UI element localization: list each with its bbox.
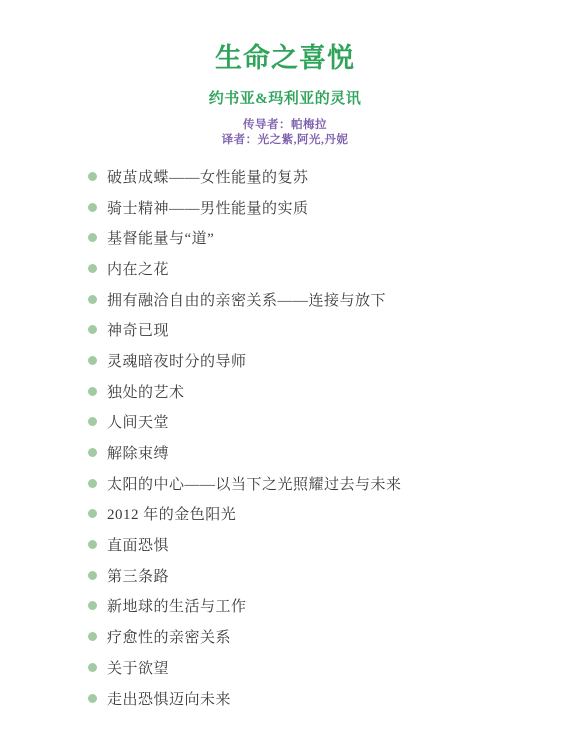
toc-item: 破茧成蝶——女性能量的复苏 — [88, 161, 550, 192]
toc-item: 人间天堂 — [88, 407, 550, 438]
toc-item-label: 直面恐惧 — [107, 534, 169, 555]
toc-item: 独处的艺术 — [88, 376, 550, 407]
toc-item: 基督能量与“道” — [88, 222, 550, 253]
bullet-icon — [88, 509, 97, 518]
bullet-icon — [88, 203, 97, 212]
toc-item-label: 神奇已现 — [107, 319, 169, 340]
toc-item-label: 破茧成蝶——女性能量的复苏 — [107, 166, 309, 187]
toc-item: 拥有融洽自由的亲密关系——连接与放下 — [88, 284, 550, 315]
translator-line: 译者：光之紫,阿光,丹妮 — [0, 133, 570, 148]
bullet-icon — [88, 571, 97, 580]
toc-item: 骑士精神——男性能量的实质 — [88, 192, 550, 223]
bullet-icon — [88, 601, 97, 610]
toc-item-label: 走出恐惧迈向未来 — [107, 688, 231, 709]
bullet-icon — [88, 295, 97, 304]
bullet-icon — [88, 479, 97, 488]
toc-item-label: 第三条路 — [107, 565, 169, 586]
bullet-icon — [88, 663, 97, 672]
toc-item: 太阳的中心——以当下之光照耀过去与未来 — [88, 468, 550, 499]
toc-item-label: 解除束缚 — [107, 442, 169, 463]
bullet-icon — [88, 233, 97, 242]
toc-item-label: 骑士精神——男性能量的实质 — [107, 197, 309, 218]
toc-item: 2012 年的金色阳光 — [88, 499, 550, 530]
toc-item: 直面恐惧 — [88, 529, 550, 560]
toc-item-label: 拥有融洽自由的亲密关系——连接与放下 — [107, 289, 386, 310]
toc-item-label: 2012 年的金色阳光 — [107, 503, 236, 524]
toc-item: 第三条路 — [88, 560, 550, 591]
toc-item-label: 新地球的生活与工作 — [107, 595, 247, 616]
page-subtitle: 约书亚&玛利亚的灵讯 — [0, 92, 570, 107]
bullet-icon — [88, 540, 97, 549]
toc-list: 破茧成蝶——女性能量的复苏骑士精神——男性能量的实质基督能量与“道”内在之花拥有… — [88, 161, 550, 713]
toc-item: 神奇已现 — [88, 314, 550, 345]
bullet-icon — [88, 325, 97, 334]
toc-item: 走出恐惧迈向未来 — [88, 683, 550, 714]
toc-item-label: 灵魂暗夜时分的导师 — [107, 350, 247, 371]
bullet-icon — [88, 417, 97, 426]
page-title: 生命之喜悦 — [0, 0, 570, 72]
document-page: 生命之喜悦 约书亚&玛利亚的灵讯 传导者：帕梅拉 译者：光之紫,阿光,丹妮 破茧… — [0, 0, 570, 749]
toc-item-label: 关于欲望 — [107, 657, 169, 678]
bullet-icon — [88, 264, 97, 273]
channeler-line: 传导者：帕梅拉 — [0, 118, 570, 133]
toc-item: 新地球的生活与工作 — [88, 591, 550, 622]
toc-item: 关于欲望 — [88, 652, 550, 683]
bullet-icon — [88, 632, 97, 641]
toc-item-label: 内在之花 — [107, 258, 169, 279]
toc-item: 解除束缚 — [88, 437, 550, 468]
toc-item-label: 基督能量与“道” — [107, 227, 214, 248]
toc-item-label: 太阳的中心——以当下之光照耀过去与未来 — [107, 473, 402, 494]
bullet-icon — [88, 387, 97, 396]
bullet-icon — [88, 356, 97, 365]
bullet-icon — [88, 172, 97, 181]
credits-block: 传导者：帕梅拉 译者：光之紫,阿光,丹妮 — [0, 118, 570, 148]
toc-item: 疗愈性的亲密关系 — [88, 621, 550, 652]
toc-item-label: 疗愈性的亲密关系 — [107, 626, 231, 647]
bullet-icon — [88, 448, 97, 457]
toc-item: 灵魂暗夜时分的导师 — [88, 345, 550, 376]
toc-item: 内在之花 — [88, 253, 550, 284]
toc-item-label: 人间天堂 — [107, 411, 169, 432]
toc-item-label: 独处的艺术 — [107, 381, 185, 402]
bullet-icon — [88, 694, 97, 703]
